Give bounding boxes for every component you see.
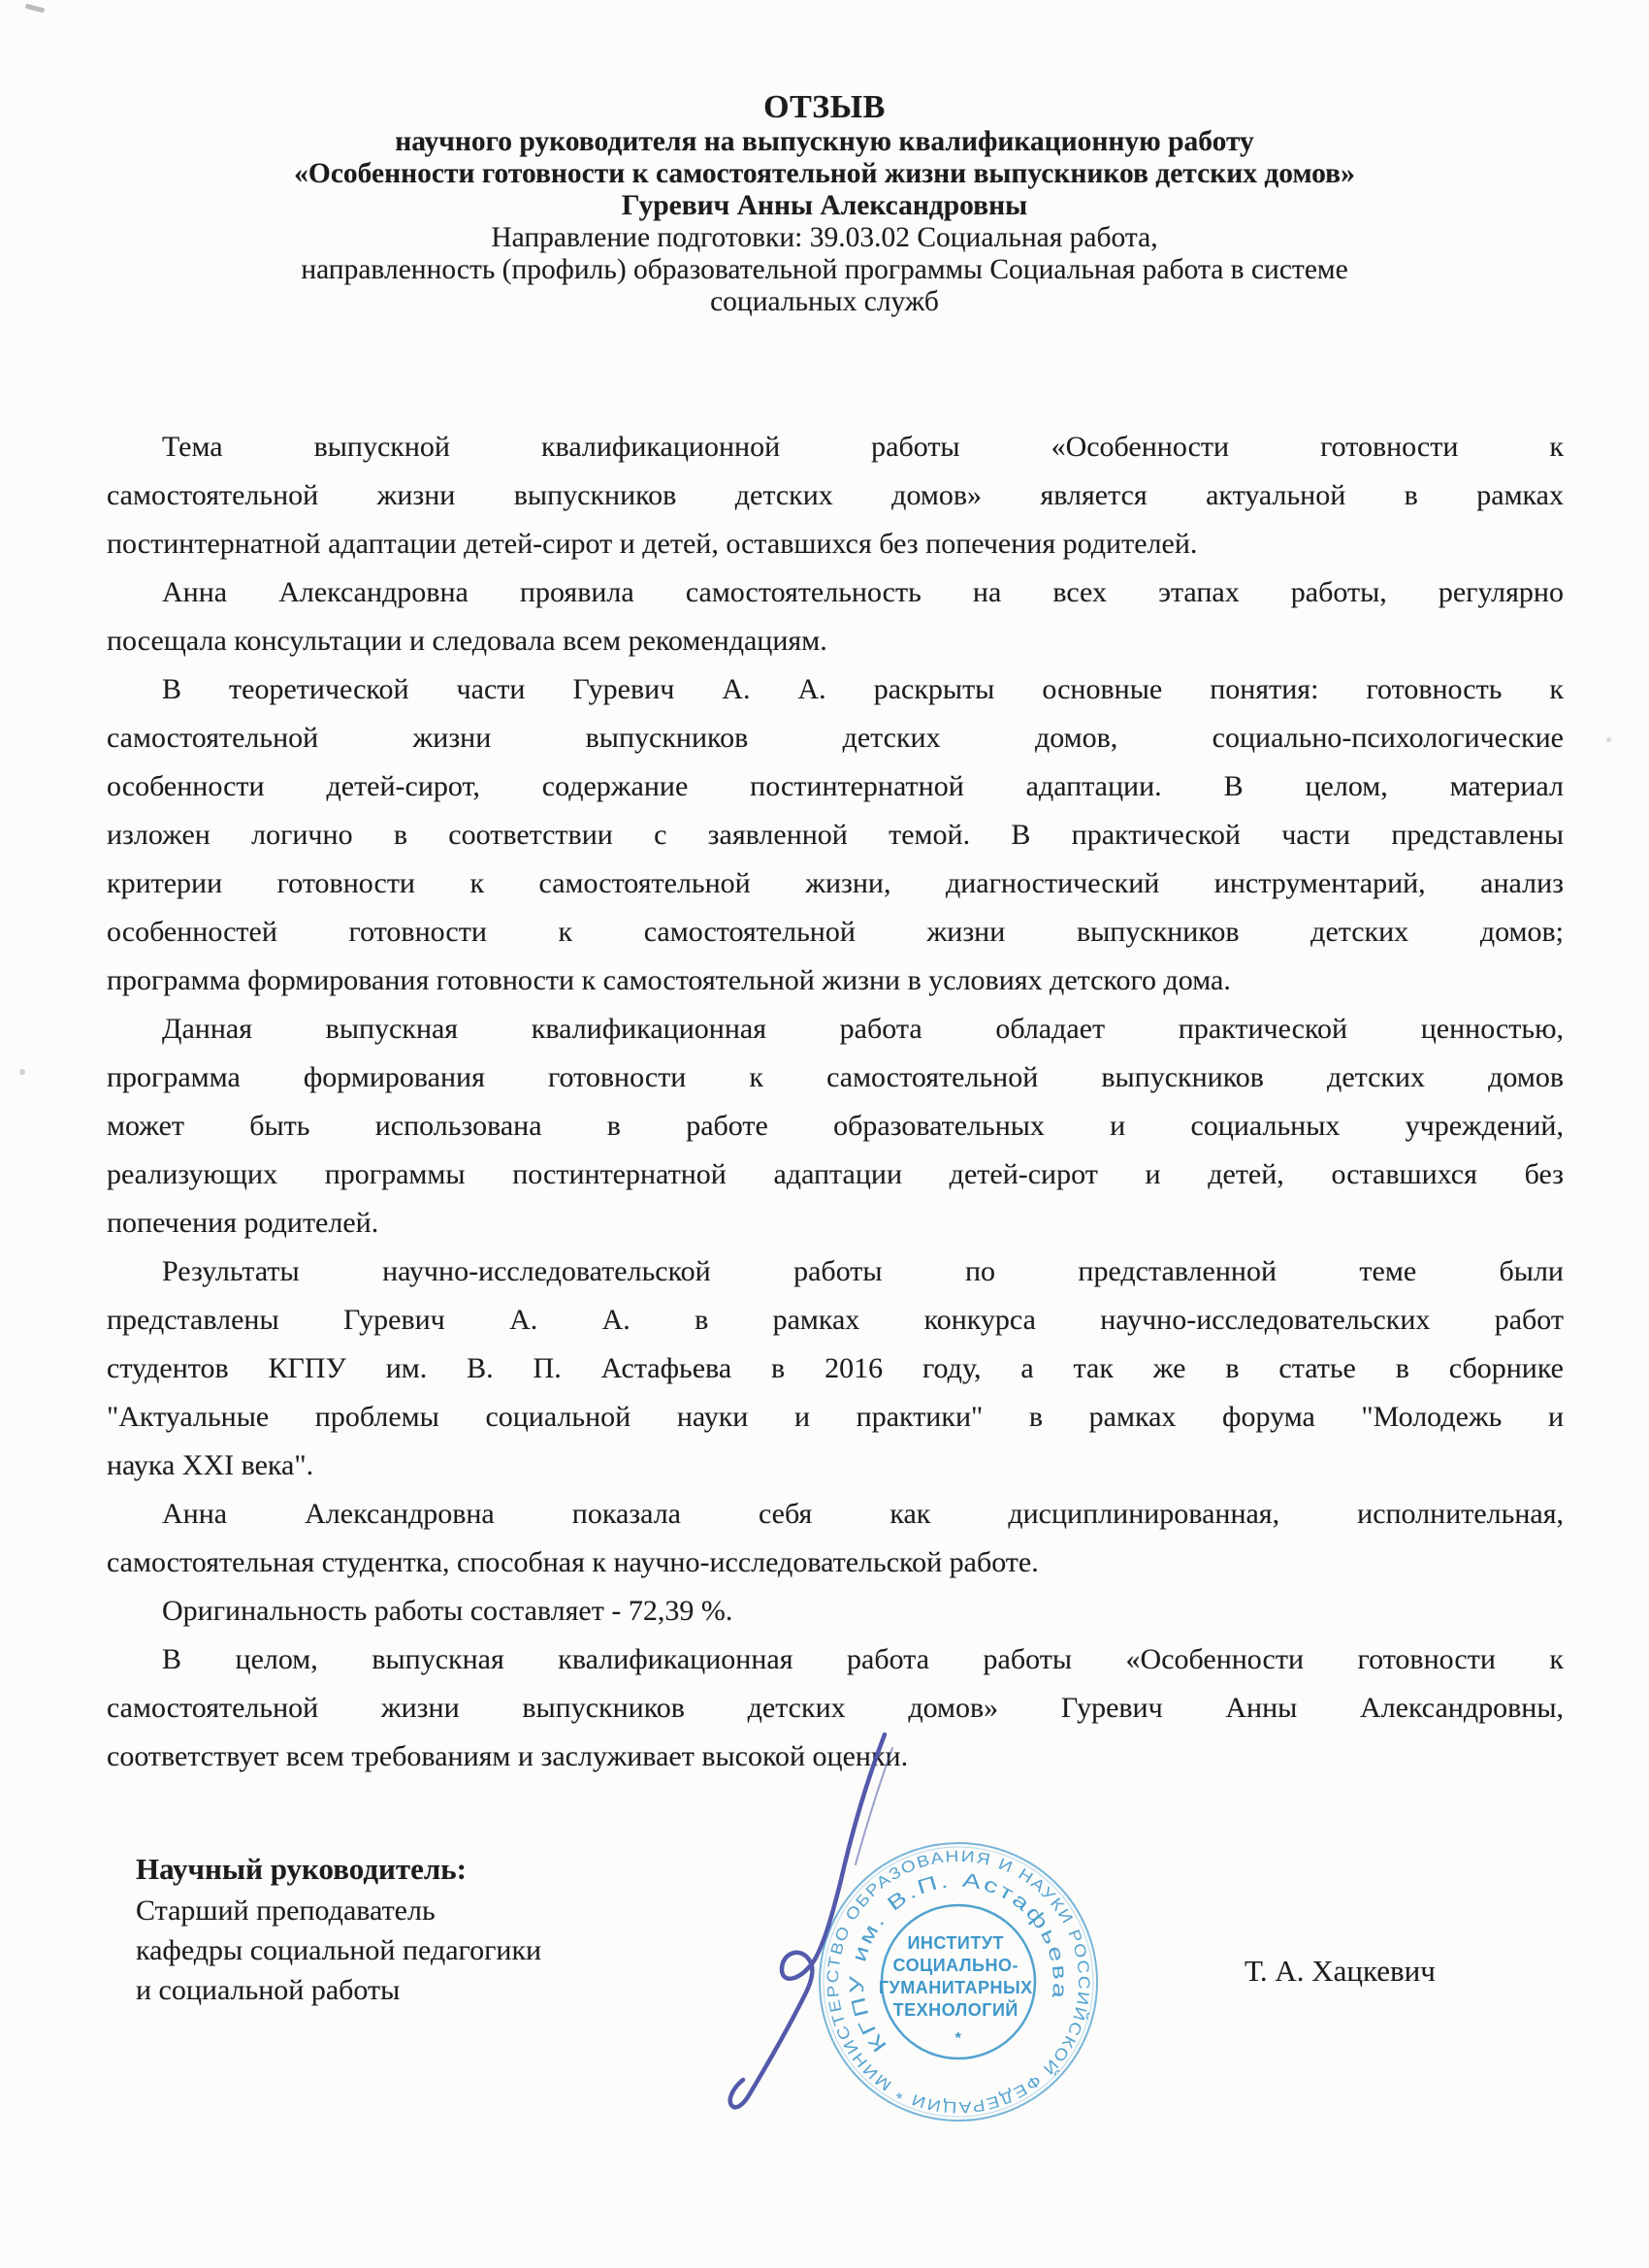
document-page: ОТЗЫВ научного руководителя на выпускную… xyxy=(0,0,1649,2268)
signature-block: Научный руководитель: Старший преподават… xyxy=(136,1848,541,2010)
body-line: постинтернатной адаптации детей-сирот и … xyxy=(107,520,1564,568)
paragraph: Анна Александровна проявила самостоятель… xyxy=(107,568,1564,665)
paragraph: Результаты научно-исследовательской рабо… xyxy=(107,1247,1564,1490)
body-line: В теоретической части Гуревич А. А. раск… xyxy=(107,665,1564,714)
body-line: студентов КГПУ им. В. П. Астафьева в 201… xyxy=(107,1345,1564,1393)
body-line: программа формирования готовности к само… xyxy=(107,1053,1564,1102)
paragraph: Оригинальность работы составляет - 72,39… xyxy=(107,1587,1564,1636)
body-line: изложен логично в соответствии с заявлен… xyxy=(107,811,1564,859)
body-line: В целом, выпускная квалификационная рабо… xyxy=(107,1636,1564,1684)
signature-role-line: и социальной работы xyxy=(136,1970,541,2010)
supervisor-name: Т. А. Хацкевич xyxy=(1245,1954,1436,1989)
header-line: социальных служб xyxy=(0,286,1649,318)
header-line: научного руководителя на выпускную квали… xyxy=(0,126,1649,158)
body-line: Оригинальность работы составляет - 72,39… xyxy=(107,1587,1564,1636)
paragraph: В теоретической части Гуревич А. А. раск… xyxy=(107,665,1564,1005)
body-line: Анна Александровна проявила самостоятель… xyxy=(107,568,1564,617)
body-line: Результаты научно-исследовательской рабо… xyxy=(107,1247,1564,1296)
signature-role-line: Старший преподаватель xyxy=(136,1891,541,1930)
header-line: направленность (профиль) образовательной… xyxy=(0,254,1649,286)
body-line: критерии готовности к самостоятельной жи… xyxy=(107,859,1564,908)
body-line: особенностей готовности к самостоятельно… xyxy=(107,908,1564,956)
scan-artifact xyxy=(1606,737,1611,742)
signature-stroke xyxy=(730,1734,885,2107)
paragraph: Анна Александровна показала себя как дис… xyxy=(107,1490,1564,1587)
body-line: посещала консультации и следовала всем р… xyxy=(107,617,1564,665)
body-line: Данная выпускная квалификационная работа… xyxy=(107,1005,1564,1053)
body-line: особенности детей-сирот, содержание пост… xyxy=(107,762,1564,811)
doc-header: ОТЗЫВ научного руководителя на выпускную… xyxy=(0,0,1649,318)
header-line: «Особенности готовности к самостоятельно… xyxy=(0,158,1649,190)
body-line: представлены Гуревич А. А. в рамках конк… xyxy=(107,1296,1564,1345)
body-line: "Актуальные проблемы социальной науки и … xyxy=(107,1393,1564,1442)
handwritten-signature xyxy=(601,1717,1106,2183)
body-line: попечения родителей. xyxy=(107,1199,1564,1247)
body-line: самостоятельной жизни выпускников детски… xyxy=(107,714,1564,762)
body-line: Тема выпускной квалификационной работы «… xyxy=(107,423,1564,471)
body-line: наука XXI века". xyxy=(107,1442,1564,1490)
body-line: самостоятельная студентка, способная к н… xyxy=(107,1539,1564,1587)
scan-artifact xyxy=(19,1069,25,1075)
body-line: может быть использована в работе образов… xyxy=(107,1102,1564,1150)
body-line: самостоятельной жизни выпускников детски… xyxy=(107,471,1564,520)
paragraph: Данная выпускная квалификационная работа… xyxy=(107,1005,1564,1247)
signature-role-line: кафедры социальной педагогики xyxy=(136,1930,541,1970)
paragraph: Тема выпускной квалификационной работы «… xyxy=(107,423,1564,568)
signature-role-heading: Научный руководитель: xyxy=(136,1848,541,1891)
body-line: реализующих программы постинтернатной ад… xyxy=(107,1150,1564,1199)
header-line: Направление подготовки: 39.03.02 Социаль… xyxy=(0,222,1649,254)
doc-title: ОТЗЫВ xyxy=(0,89,1649,126)
body-line: программа формирования готовности к само… xyxy=(107,956,1564,1005)
body-line: Анна Александровна показала себя как дис… xyxy=(107,1490,1564,1539)
header-line: Гуревич Анны Александровны xyxy=(0,190,1649,222)
doc-body: Тема выпускной квалификационной работы «… xyxy=(107,423,1564,1781)
